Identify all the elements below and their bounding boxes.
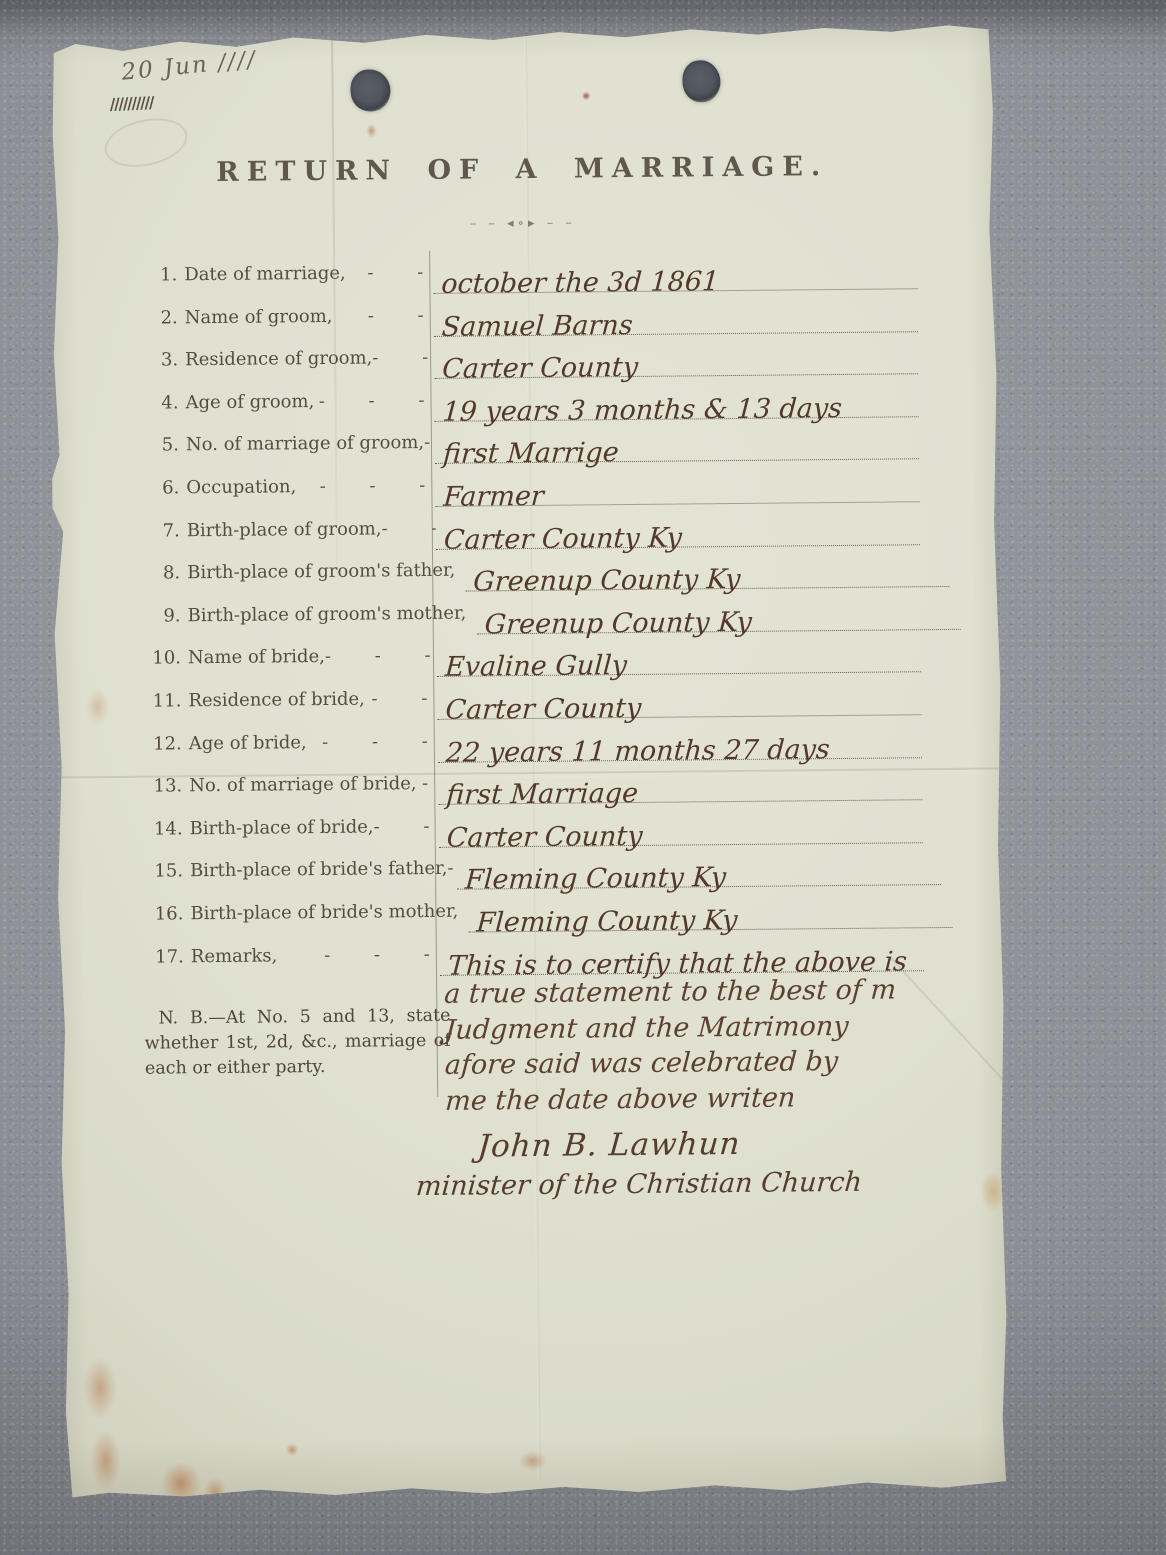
foxing-stain bbox=[85, 688, 109, 726]
row-label: Birth-place of groom, bbox=[187, 518, 382, 552]
row-dashes: - - - bbox=[307, 730, 438, 763]
foxing-stain bbox=[582, 91, 591, 100]
row-number: 11. bbox=[145, 690, 181, 722]
foxing-stain bbox=[286, 1443, 299, 1456]
row-dashes: - - bbox=[346, 262, 434, 295]
remarks-line: me the date above writen bbox=[444, 1078, 986, 1119]
row-number: 10. bbox=[145, 648, 181, 680]
row-label: No. of marriage of bride, bbox=[189, 773, 417, 807]
minister-signature: John B. Lawhun bbox=[476, 1126, 742, 1165]
row-dashes: - - bbox=[332, 304, 434, 337]
row-number: 2. bbox=[142, 307, 178, 339]
row-response-line: Farmer bbox=[435, 458, 919, 507]
row-dashes: - - bbox=[365, 688, 438, 721]
remarks-line: afore said was celebrated by bbox=[444, 1043, 986, 1084]
row-number: 9. bbox=[144, 605, 180, 637]
punch-hole bbox=[682, 60, 720, 102]
foxing-stain bbox=[366, 123, 377, 138]
tally-marks: ////////// bbox=[109, 93, 153, 114]
row-response-line: Fleming County Ky bbox=[468, 884, 952, 933]
row-response-line: Carter County bbox=[434, 330, 918, 379]
row-label: Occupation, bbox=[186, 476, 296, 509]
row-number: 1. bbox=[141, 264, 177, 296]
row-dashes: - bbox=[447, 858, 457, 890]
remarks-continuation: a true statement to the best of mJudgmen… bbox=[444, 972, 985, 1119]
row-number: 16. bbox=[147, 903, 183, 935]
row-label: Name of bride, bbox=[188, 646, 325, 679]
row-label: Birth-place of bride's father, bbox=[190, 858, 448, 892]
row-response-line: This is to certify that the above is bbox=[440, 927, 924, 976]
row-response-line: 22 years 11 months 27 days bbox=[438, 714, 922, 763]
row-response-line: october the 3d 1861 bbox=[433, 245, 917, 294]
foxing-stain bbox=[519, 1451, 547, 1471]
row-dashes: - - bbox=[373, 816, 438, 849]
row-dashes: - - - bbox=[277, 943, 440, 977]
row-label: Age of groom, bbox=[185, 391, 314, 424]
row-dashes: - - bbox=[381, 517, 436, 550]
row-response-line: first Marrige bbox=[435, 416, 919, 465]
document-title: RETURN OF A MARRIAGE. bbox=[48, 149, 996, 189]
row-dashes: - bbox=[424, 432, 435, 464]
row-response-line: Fleming County Ky bbox=[457, 841, 941, 890]
row-response-line: 19 years 3 months & 13 days bbox=[434, 373, 918, 422]
row-label: Age of bride, bbox=[189, 732, 307, 765]
row-label: No. of marriage of groom, bbox=[186, 432, 424, 466]
row-label: Birth-place of groom's father, bbox=[187, 560, 455, 595]
row-response-line: Greenup County Ky bbox=[465, 543, 949, 592]
row-response-line: Samuel Barns bbox=[433, 288, 917, 337]
row-number: 8. bbox=[144, 563, 180, 595]
row-number: 5. bbox=[143, 435, 179, 467]
row-number: 14. bbox=[147, 818, 183, 850]
row-label: Remarks, bbox=[191, 945, 278, 978]
photo-background: 20 Jun //// ////////// RETURN OF A MARRI… bbox=[0, 0, 1166, 1555]
row-number: 17. bbox=[148, 946, 184, 978]
row-dashes: - - bbox=[372, 347, 434, 380]
row-number: 13. bbox=[146, 776, 182, 808]
row-dashes: - - - bbox=[314, 390, 435, 423]
row-dashes: - - - bbox=[325, 645, 437, 678]
row-response-line: first Marriage bbox=[438, 756, 922, 805]
row-response-line: Carter County bbox=[438, 799, 922, 848]
row-label: Birth-place of groom's mother, bbox=[187, 602, 466, 637]
row-label: Birth-place of bride, bbox=[190, 816, 374, 850]
row-number: 7. bbox=[144, 520, 180, 552]
remarks-line: Judgment and the Matrimony bbox=[443, 1007, 985, 1048]
row-number: 6. bbox=[143, 477, 179, 509]
row-label: Residence of groom, bbox=[185, 348, 373, 382]
row-response-line: Evaline Gully bbox=[437, 629, 921, 678]
row-response-line: Carter County Ky bbox=[436, 501, 920, 550]
pencil-annotation: 20 Jun //// bbox=[120, 47, 258, 86]
row-response-line: Carter County bbox=[437, 671, 921, 720]
row-number: 12. bbox=[146, 733, 182, 765]
row-number: 15. bbox=[147, 861, 183, 893]
row-label: Birth-place of bride's mother, bbox=[190, 901, 458, 936]
row-label: Residence of bride, bbox=[188, 689, 365, 723]
foxing-stain bbox=[90, 1430, 121, 1492]
foxing-stain bbox=[83, 1357, 118, 1419]
row-number: 4. bbox=[142, 392, 178, 424]
nb-footnote: N. B.—At No. 5 and 13, state whether 1st… bbox=[144, 1004, 451, 1082]
form-row: 17.Remarks,- - -This is to certify that … bbox=[56, 928, 924, 979]
row-dashes bbox=[455, 581, 465, 592]
row-label: Date of marriage, bbox=[184, 263, 346, 297]
row-dashes: - - - bbox=[296, 475, 435, 508]
minister-title: minister of the Christian Church bbox=[415, 1167, 863, 1202]
punch-hole bbox=[350, 69, 390, 111]
remarks-line: a true statement to the best of m bbox=[443, 972, 985, 1013]
marriage-return-document: 20 Jun //// ////////// RETURN OF A MARRI… bbox=[47, 23, 1009, 1500]
row-label: Name of groom, bbox=[185, 305, 333, 338]
row-response-line: Greenup County Ky bbox=[476, 586, 960, 635]
title-divider-ornament: – – ◂∘▸ – – bbox=[49, 211, 997, 235]
row-number: 3. bbox=[142, 350, 178, 382]
